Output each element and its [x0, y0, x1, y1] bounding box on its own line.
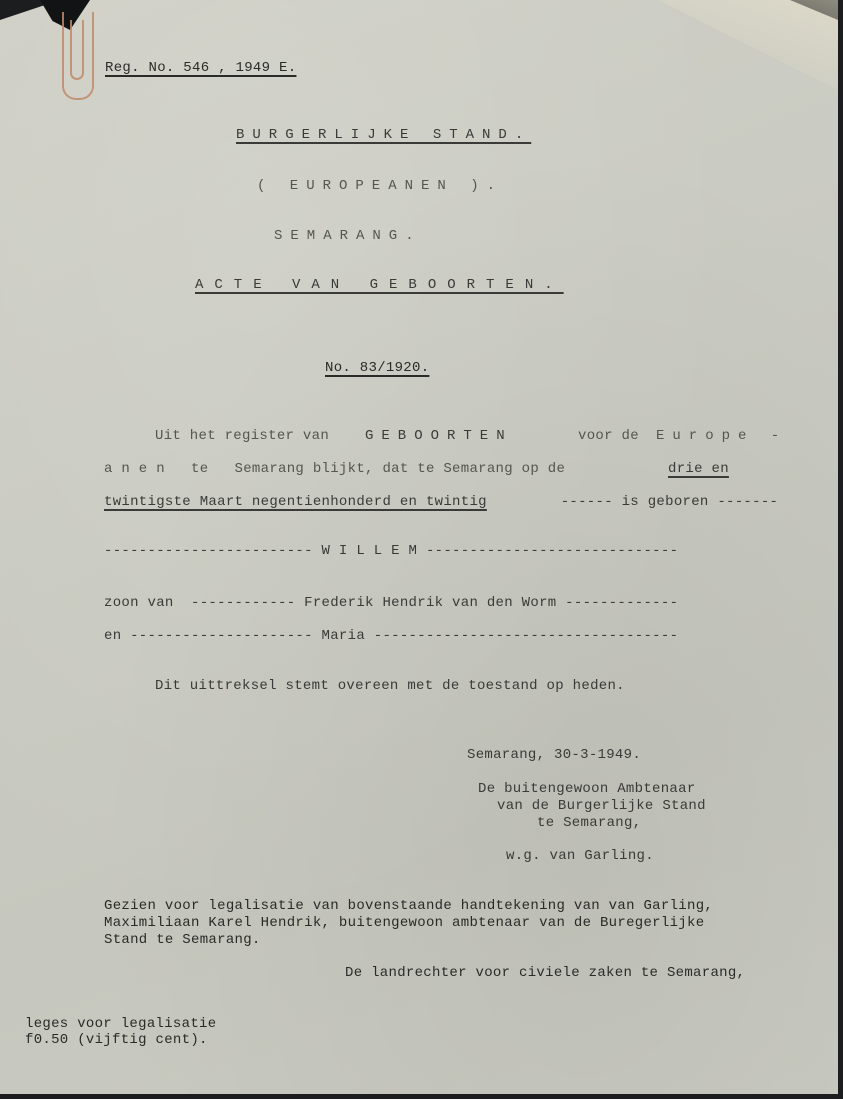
father-line: zoon van ------------ Frederik Hendrik v… — [104, 595, 678, 611]
fees-line1: leges voor legalisatie — [25, 1016, 216, 1032]
mother-line: en --------------------- Maria ---------… — [104, 628, 678, 644]
act-number: No. 83/1920. — [325, 360, 429, 376]
official-title-1: De buitengewoon Ambtenaar — [478, 781, 696, 797]
official-title-3: te Semarang, — [537, 815, 641, 831]
paperclip-icon — [62, 12, 94, 100]
official-title-2: van de Burgerlijke Stand — [497, 798, 706, 814]
document-title: ACTE VAN GEBOORTEN. — [195, 277, 564, 293]
legalisation-line2: Maximiliaan Karel Hendrik, buitengewoon … — [104, 915, 704, 931]
signed-by: w.g. van Garling. — [506, 848, 654, 864]
judge-line: De landrechter voor civiele zaken te Sem… — [345, 965, 745, 981]
fees-line2: f0.50 (vijftig cent). — [25, 1032, 208, 1048]
heading-semarang: SEMARANG. — [274, 228, 422, 244]
body-line2: a n e n te Semarang blijkt, dat te Semar… — [104, 461, 565, 477]
body-line1-c: voor de — [578, 428, 639, 444]
is-geboren: ------ is geboren ------- — [552, 494, 778, 510]
body-line1-europe: Europe - — [656, 428, 787, 444]
birth-date-part2: twintigste Maart negentienhonderd en twi… — [104, 494, 487, 510]
heading-europeanen: ( EUROPEANEN ). — [257, 178, 503, 194]
registration-number: Reg. No. 546 , 1949 E. — [105, 60, 296, 76]
body-line1-geboorten: GEBOORTEN — [365, 428, 513, 444]
place-date: Semarang, 30-3-1949. — [467, 747, 641, 763]
child-name-line: ------------------------ W I L L E M ---… — [104, 543, 678, 559]
legalisation-line1: Gezien voor legalisatie van bovenstaande… — [104, 898, 713, 914]
legalisation-line3: Stand te Semarang. — [104, 932, 261, 948]
body-line1-a: Uit het register van — [155, 428, 329, 444]
statement-line: Dit uittreksel stemt overeen met de toes… — [155, 678, 625, 694]
birth-date-part1: drie en — [668, 461, 729, 477]
heading-burgerlijke-stand: BURGERLIJKE STAND. — [236, 127, 531, 143]
